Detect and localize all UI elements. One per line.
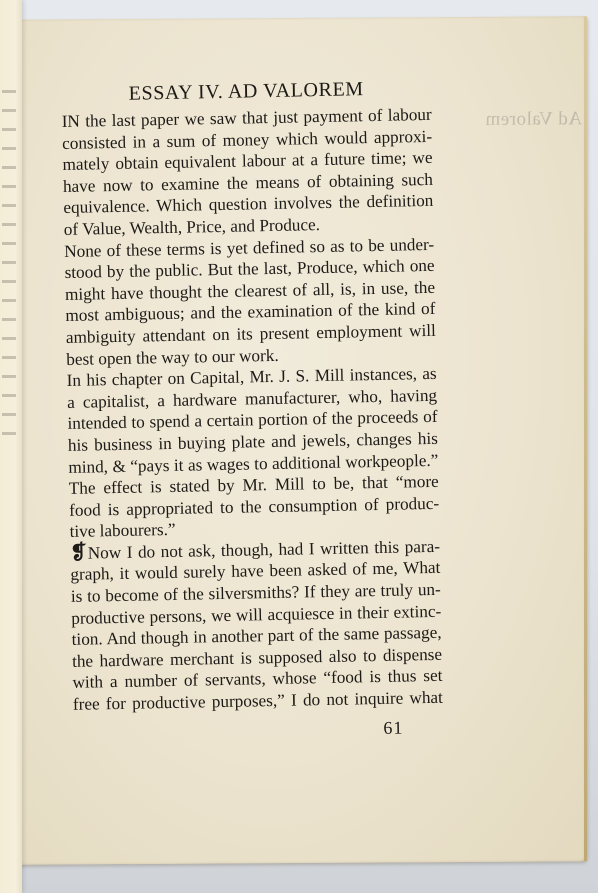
pilcrow-icon: ❡ [70,541,87,563]
paragraph-2: None of these terms is yet defined so as… [64,233,436,370]
facing-page-edge [0,0,22,893]
facing-page-text-edge [2,90,16,450]
page-text-block: ESSAY IV. AD VALOREM IN the last paper w… [61,77,444,745]
paragraph-3: In his chapter on Capital, Mr. J. S. Mil… [66,363,439,543]
paragraph-4: ❡Now I do not ask, though, had I written… [70,536,443,716]
paragraph-1: IN the last paper we saw that just payme… [62,104,434,241]
show-through-heading: Ad Valorem [485,108,582,131]
